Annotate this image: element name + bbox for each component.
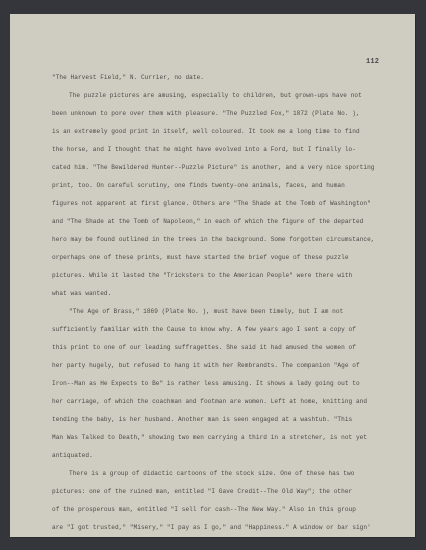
text-line: the horse, and I thought that he might h… — [52, 146, 356, 154]
text-line: orperhaps one of these prints, must have… — [52, 254, 349, 262]
text-line: hero may be found outlined in the trees … — [52, 236, 375, 244]
document-page: 112 "The Harvest Field," N. Currier, no … — [10, 14, 415, 537]
text-line: what was wanted. — [52, 290, 111, 298]
text-line: been unknown to pore over them with plea… — [52, 110, 360, 118]
text-line: this print to one of our leading suffrag… — [52, 344, 356, 352]
text-line: cated him. "The Bewildered Hunter--Puzzl… — [52, 164, 375, 172]
text-line: "The Age of Brass," 1869 (Plate No. ), m… — [69, 308, 343, 316]
text-line: "The Harvest Field," N. Currier, no date… — [52, 74, 204, 82]
text-line: Man Was Talked to Death," showing two me… — [52, 434, 367, 442]
text-line: pictures: one of the ruined man, entitle… — [52, 488, 352, 496]
text-line: The puzzle pictures are amusing, especia… — [69, 92, 362, 100]
text-line: her party hugely, but refused to hang it… — [52, 362, 360, 370]
text-line: figures not apparent at first glance. Ot… — [52, 200, 371, 208]
page-number: 112 — [366, 58, 379, 66]
text-line: tending the baby, is her husband. Anothe… — [52, 416, 352, 424]
text-line: of the prosperous man, entitled "I sell … — [52, 506, 356, 514]
text-line: is an extremely good print in itself, we… — [52, 128, 360, 136]
text-line: her carriage, of which the coachman and … — [52, 398, 367, 406]
text-line: Iron--Man as He Expects to Be" is rather… — [52, 380, 360, 388]
text-line: antiquated. — [52, 452, 93, 460]
text-line: are "I got trusted," "Misery," "I pay as… — [52, 524, 371, 532]
text-line: pictures. While it lasted the "Trickster… — [52, 272, 352, 280]
text-line: sufficiently familiar with the Cause to … — [52, 326, 356, 334]
text-line: and "The Shade at the Tomb of Napoleon,"… — [52, 218, 363, 226]
text-line: There is a group of didactic cartoons of… — [69, 470, 354, 478]
text-line: print, too. On careful scrutiny, one fin… — [52, 182, 345, 190]
